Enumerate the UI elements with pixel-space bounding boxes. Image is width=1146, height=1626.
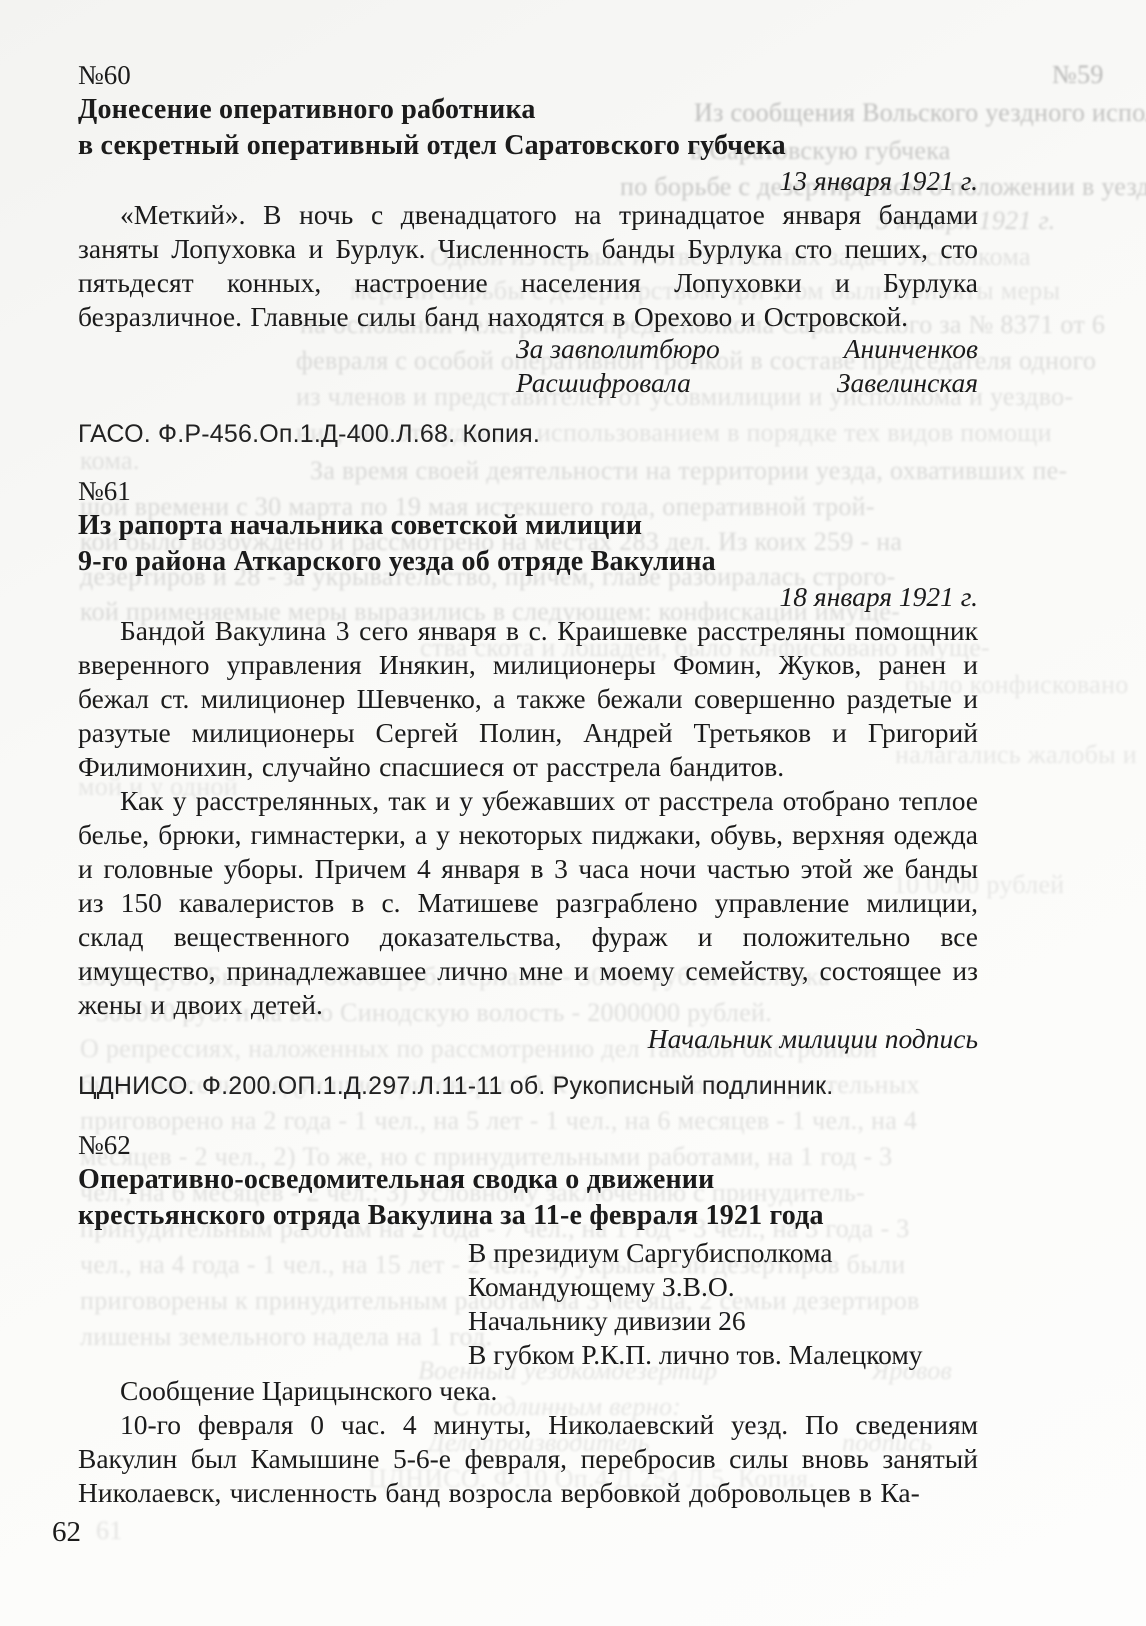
page-content: №60 Донесение оперативного работника в с… [0,0,1146,1510]
doc-paragraph: 10-го февраля 0 час. 4 минуты, Николаевс… [78,1408,978,1510]
signature-block: За завполитбюро Анинченков Расшифровала … [516,332,978,400]
title-line: 9-го района Аткарского уезда об отряде В… [78,544,978,580]
doc-number: №62 [78,1128,978,1162]
document-61: №61 Из рапорта начальника советской мили… [78,474,978,1102]
archive-reference: ГАСО. Ф.Р-456.Оп.1.Д-400.Л.68. Копия. [78,418,978,450]
doc-date: 18 января 1921 г. [78,580,978,614]
archive-reference: ЦДНИСО. Ф.200.ОП.1.Д.297.Л.11-11 об. Рук… [78,1070,978,1102]
title-line: крестьянского отряда Вакулина за 11-е фе… [78,1198,978,1234]
address-block: В президиум Саргубисполкома Командующему… [468,1236,978,1372]
doc-title: Из рапорта начальника советской милиции … [78,508,978,580]
signature-row: За завполитбюро Анинченков [516,332,978,366]
signature-line: Начальник милиции подпись [78,1022,978,1056]
document-60: №60 Донесение оперативного работника в с… [78,58,978,450]
scanned-book-page: №59Из сообщения Вольского уездного испол… [0,0,1146,1626]
address-line: Командующему З.В.О. [468,1270,978,1304]
document-62: №62 Оперативно-осведомительная сводка о … [78,1128,978,1510]
address-line: В губком Р.К.П. лично тов. Малецкому [468,1338,978,1372]
signature-name: Анинченков [844,332,978,366]
address-line: Начальнику дивизии 26 [468,1304,978,1338]
title-line: Оперативно-осведомительная сводка о движ… [78,1162,978,1198]
page-number: 62 [52,1516,81,1549]
signature-name: Завелинская [837,366,978,400]
signature-role: За завполитбюро [516,332,720,366]
signature-role: Расшифровала [516,366,691,400]
address-line: В президиум Саргубисполкома [468,1236,978,1270]
doc-paragraph: «Меткий». В ночь с двенадцатого на трина… [78,198,978,334]
title-line: Донесение оперативного работника [78,92,978,128]
doc-paragraph: Бандой Вакулина 3 сего января в с. Краиш… [78,614,978,784]
doc-number: №60 [78,58,978,92]
doc-title: Оперативно-осведомительная сводка о движ… [78,1162,978,1234]
title-line: Из рапорта начальника советской милиции [78,508,978,544]
signature-row: Расшифровала Завелинская [516,366,978,400]
salutation-line: Сообщение Царицынского чека. [78,1374,978,1408]
doc-date: 13 января 1921 г. [78,164,978,198]
title-line: в секретный оперативный отдел Саратовско… [78,128,978,164]
ghost-text-line: 61 [96,1516,123,1546]
doc-paragraph: Как у расстрелянных, так и у убежавших о… [78,784,978,1022]
doc-number: №61 [78,474,978,508]
doc-title: Донесение оперативного работника в секре… [78,92,978,164]
